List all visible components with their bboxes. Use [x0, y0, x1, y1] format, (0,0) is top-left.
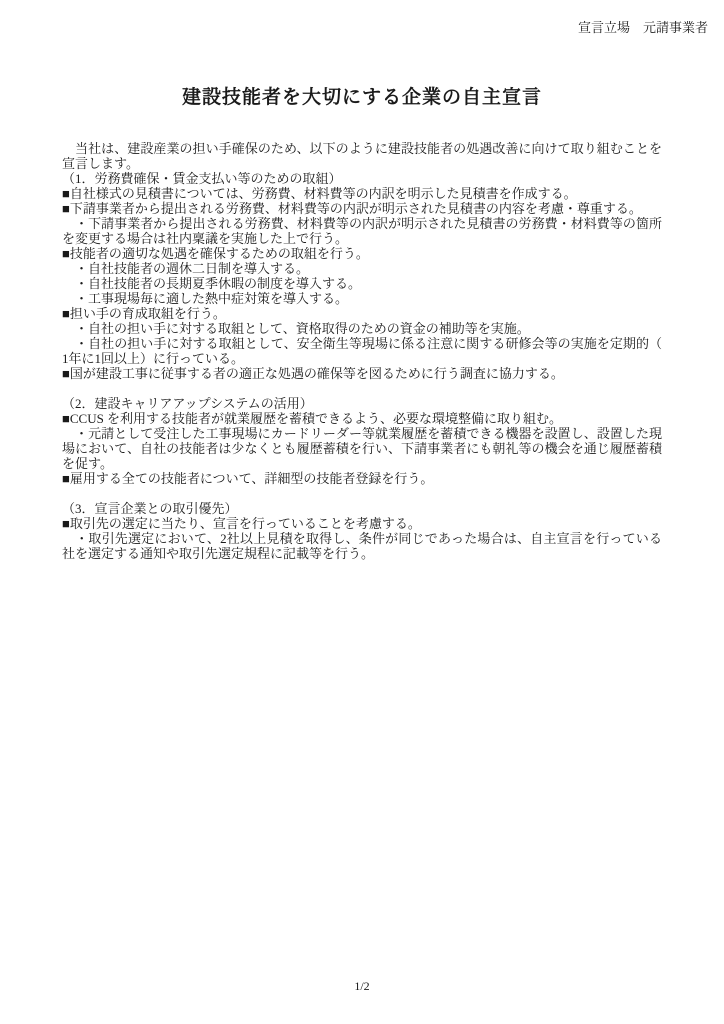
section-heading: （2．建設キャリアアップシステムの活用）: [62, 396, 662, 411]
section-ccus: （2．建設キャリアアップシステムの活用） ■CCUS を利用する技能者が就業履歴…: [62, 396, 662, 486]
list-item: ■担い手の育成取組を行う。: [62, 306, 662, 321]
document-title: 建設技能者を大切にする企業の自主宣言: [0, 82, 724, 109]
section-trade-priority: （3．宣言企業との取引優先） ■取引先の選定に当たり、宣言を行っていることを考慮…: [62, 501, 662, 561]
list-item: ・自社技能者の長期夏季休暇の制度を導入する。: [62, 276, 662, 291]
intro-paragraph: 当社は、建設産業の担い手確保のため、以下のように建設技能者の処遇改善に向けて取り…: [62, 141, 662, 171]
list-item: ・取引先選定において、2社以上見積を取得し、条件が同じであった場合は、自主宣言を…: [62, 531, 662, 561]
section-labor-costs: （1．労務費確保・賃金支払い等のための取組） ■自社様式の見積書については、労務…: [62, 171, 662, 381]
list-item: ■自社様式の見積書については、労務費、材料費等の内訳を明示した見積書を作成する。: [62, 186, 662, 201]
list-item: ■国が建設工事に従事する者の適正な処遇の確保等を図るために行う調査に協力する。: [62, 366, 662, 381]
list-item: ■雇用する全ての技能者について、詳細型の技能者登録を行う。: [62, 471, 662, 486]
list-item: ・下請事業者から提出される労務費、材料費等の内訳が明示された見積書の労務費・材料…: [62, 216, 662, 246]
page-number: 1/2: [0, 979, 724, 994]
list-item: ■取引先の選定に当たり、宣言を行っていることを考慮する。: [62, 516, 662, 531]
list-item: ・工事現場毎に適した熱中症対策を導入する。: [62, 291, 662, 306]
document-body: 当社は、建設産業の担い手確保のため、以下のように建設技能者の処遇改善に向けて取り…: [62, 141, 662, 561]
list-item: ・自社の担い手に対する取組として、安全衛生等現場に係る注意に関する研修会等の実施…: [62, 336, 662, 366]
declaration-stance-label: 宣言立場 元請事業者: [578, 20, 708, 35]
section-heading: （3．宣言企業との取引優先）: [62, 501, 662, 516]
list-item: ■CCUS を利用する技能者が就業履歴を蓄積できるよう、必要な環境整備に取り組む…: [62, 411, 662, 426]
list-item: ■下請事業者から提出される労務費、材料費等の内訳が明示された見積書の内容を考慮・…: [62, 201, 662, 216]
section-heading: （1．労務費確保・賃金支払い等のための取組）: [62, 171, 662, 186]
list-item: ・自社技能者の週休二日制を導入する。: [62, 261, 662, 276]
document-page: 宣言立場 元請事業者 建設技能者を大切にする企業の自主宣言 当社は、建設産業の担…: [0, 0, 724, 1024]
list-item: ・元請として受注した工事現場にカードリーダー等就業履歴を蓄積できる機器を設置し、…: [62, 426, 662, 471]
list-item: ・自社の担い手に対する取組として、資格取得のための資金の補助等を実施。: [62, 321, 662, 336]
list-item: ■技能者の適切な処遇を確保するための取組を行う。: [62, 246, 662, 261]
